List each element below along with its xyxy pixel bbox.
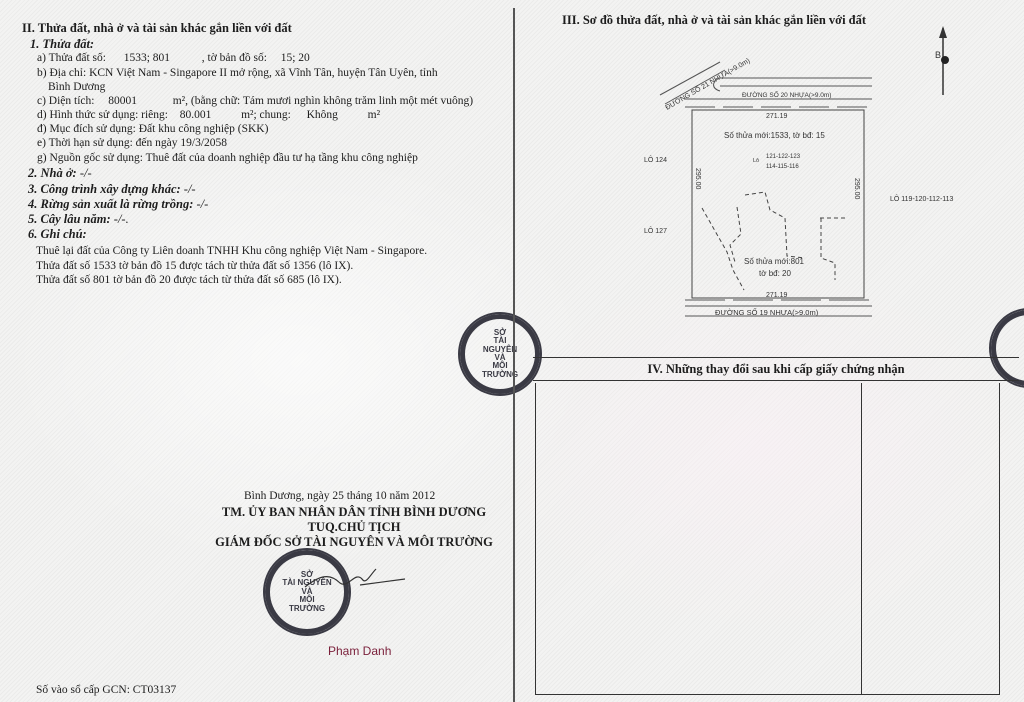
svg-text:121-122-123: 121-122-123	[766, 154, 801, 160]
item-perennial-trees: 5. Cây lâu năm: -/-.	[28, 212, 129, 227]
svg-text:Lô: Lô	[753, 158, 759, 164]
item-other-construction: 3. Công trình xây dựng khác: -/-	[28, 182, 196, 197]
land-address: b) Địa chỉ: KCN Việt Nam - Singapore II …	[37, 67, 438, 79]
land-purpose: đ) Mục đích sử dụng: Đất khu công nghiệp…	[37, 123, 268, 135]
signature-org: TM. ỦY BAN NHÂN DÂN TỈNH BÌNH DƯƠNG	[200, 505, 508, 520]
note-line: Thuê lại đất của Công ty Liên doanh TNHH…	[36, 245, 427, 257]
signature-department: GIÁM ĐỐC SỞ TÀI NGUYÊN VÀ MÔI TRƯỜNG	[200, 535, 508, 550]
land-area: c) Diện tích: 80001 m², (bằng chữ: Tám m…	[37, 95, 473, 107]
signature-date: Bình Dương, ngày 25 tháng 10 năm 2012	[244, 490, 435, 502]
land-term: e) Thời hạn sử dụng: đến ngày 19/3/2058	[37, 137, 227, 149]
item-notes-heading: 6. Ghi chú:	[28, 227, 87, 242]
note-line: Thửa đất số 1533 tờ bản đồ 15 được tách …	[36, 260, 353, 272]
gcn-number: Số vào sổ cấp GCN: CT03137	[36, 684, 176, 696]
svg-text:LÔ 124: LÔ 124	[644, 155, 667, 164]
svg-text:LÔ 127: LÔ 127	[644, 226, 667, 235]
north-arrow-icon: B	[935, 26, 949, 95]
road-diagonal: ĐƯỜNG SỐ 21 NHỰA(>9.0m)	[660, 55, 751, 112]
signer-name: Phạm Danh	[328, 644, 391, 658]
item-house: 2. Nhà ở: -/-	[28, 166, 92, 181]
svg-text:ĐƯỜNG SỐ 19 NHỰA(>9.0m): ĐƯỜNG SỐ 19 NHỰA(>9.0m)	[715, 307, 819, 317]
svg-text:LÔ 119-120-112-113: LÔ 119-120-112-113	[890, 194, 954, 203]
land-address-cont: Bình Dương	[48, 81, 105, 93]
signature-role: TUQ.CHỦ TỊCH	[200, 520, 508, 535]
left-page: II. Thửa đất, nhà ở và tài sản khác gắn …	[0, 0, 513, 702]
svg-text:271.19: 271.19	[766, 113, 788, 120]
section-iv-title: IV. Những thay đổi sau khi cấp giấy chứn…	[533, 357, 1019, 381]
changes-table	[535, 383, 1000, 695]
svg-text:ĐƯỜNG SỐ 21 NHỰA(>9.0m): ĐƯỜNG SỐ 21 NHỰA(>9.0m)	[663, 55, 751, 112]
land-origin: g) Nguồn gốc sử dụng: Thuê đất của doanh…	[37, 152, 418, 164]
svg-text:Số thửa mới:801: Số thửa mới:801	[744, 257, 805, 266]
svg-text:114-115-116: 114-115-116	[766, 164, 799, 170]
road-bottom: ĐƯỜNG SỐ 19 NHỰA(>9.0m)	[685, 300, 872, 317]
svg-text:271.19: 271.19	[766, 292, 788, 299]
svg-text:tờ bđ: 20: tờ bđ: 20	[759, 269, 791, 278]
changes-table-divider	[861, 383, 862, 694]
note-line: Thửa đất số 801 tờ bản đồ 20 được tách t…	[36, 274, 342, 286]
right-page: III. Sơ đồ thửa đất, nhà ở và tài sản kh…	[515, 0, 1024, 702]
parcel-map: B ĐƯỜNG SỐ 21 NHỰA(>9.0m) ĐƯỜNG SỐ 20 NH…	[515, 0, 1024, 340]
svg-text:B: B	[935, 50, 941, 60]
svg-text:295.00: 295.00	[694, 168, 701, 190]
svg-text:ĐƯỜNG SỐ 20 NHỰA(>9.0m): ĐƯỜNG SỐ 20 NHỰA(>9.0m)	[742, 89, 831, 99]
land-usage-form: d) Hình thức sử dụng: riêng: 80.001 m²; …	[37, 109, 380, 121]
certificate-page: II. Thửa đất, nhà ở và tài sản khác gắn …	[0, 0, 1024, 702]
section-ii-title: II. Thửa đất, nhà ở và tài sản khác gắn …	[22, 21, 292, 36]
land-heading: 1. Thửa đất:	[30, 37, 94, 52]
land-parcel-number: a) Thửa đất số: 1533; 801 , tờ bản đồ số…	[37, 52, 310, 64]
item-planted-forest: 4. Rừng sản xuất là rừng trồng: -/-	[28, 197, 208, 212]
handwritten-signature	[300, 565, 410, 595]
svg-text:Số thửa mới:1533, tờ bđ: 15: Số thửa mới:1533, tờ bđ: 15	[724, 131, 825, 140]
svg-text:295.00: 295.00	[853, 178, 860, 200]
